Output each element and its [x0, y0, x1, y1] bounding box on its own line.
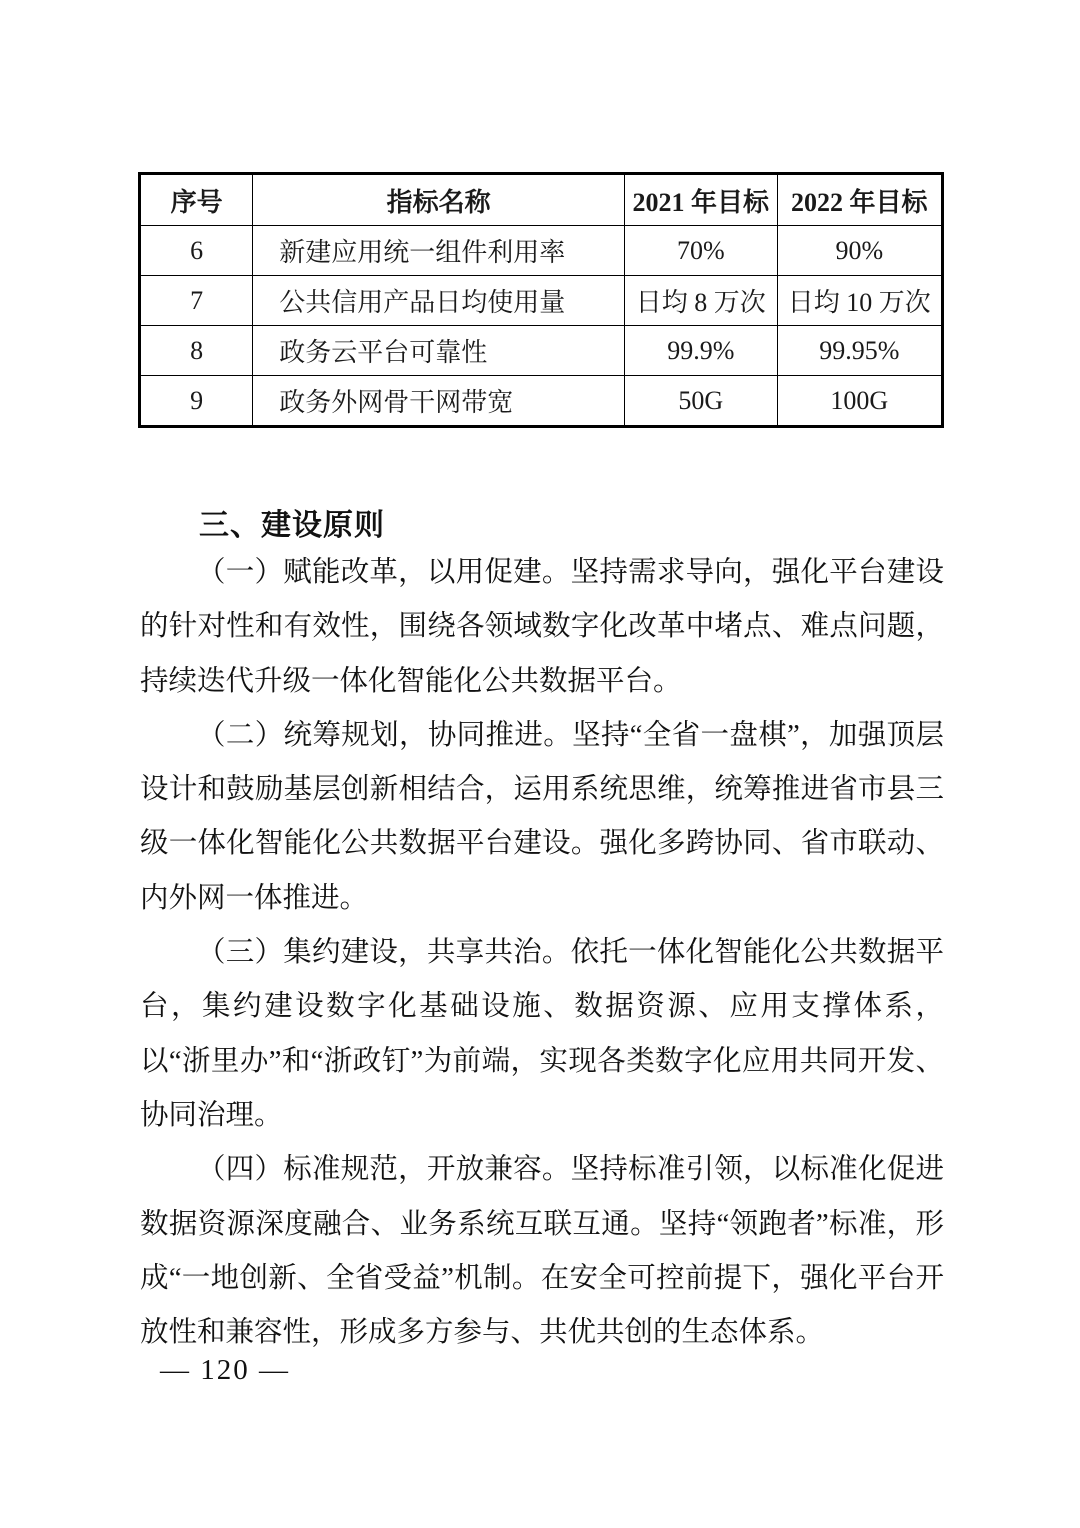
target-2021-value: 70%	[625, 226, 778, 276]
table-row: 8 政务云平台可靠性 99.9% 99.95%	[140, 326, 943, 376]
indicator-name: 新建应用统一组件利用率	[253, 226, 625, 276]
paragraph-4: （四）标准规范，开放兼容。坚持标准引领，以标准化促进数据资源深度融合、业务系统互…	[140, 1143, 944, 1360]
target-2022-value: 日均 10 万次	[777, 276, 942, 326]
column-header-2021-target: 2021 年目标	[625, 174, 778, 226]
paragraph-lead: （三）集约建设，共享共治。	[197, 937, 571, 968]
target-2022-value: 100G	[777, 376, 942, 427]
document-page: 序号 指标名称 2021 年目标 2022 年目标 6 新建应用统一组件利用率 …	[0, 0, 1080, 1528]
page-number: — 120 —	[160, 1354, 290, 1387]
target-2021-value: 99.9%	[625, 326, 778, 376]
paragraph-2: （二）统筹规划，协同推进。坚持“全省一盘棋”，加强顶层设计和鼓励基层创新相结合，…	[140, 709, 944, 926]
column-header-2022-target: 2022 年目标	[777, 174, 942, 226]
indicator-name: 公共信用产品日均使用量	[253, 276, 625, 326]
paragraph-1: （一）赋能改革，以用促建。坚持需求导向，强化平台建设的针对性和有效性，围绕各领域…	[140, 546, 944, 709]
paragraph-3: （三）集约建设，共享共治。依托一体化智能化公共数据平台，集约建设数字化基础设施、…	[140, 926, 944, 1143]
paragraph-lead: （一）赋能改革，以用促建。	[197, 557, 571, 588]
indicator-name: 政务外网骨干网带宽	[253, 376, 625, 427]
row-index: 8	[140, 326, 253, 376]
target-2022-value: 90%	[777, 226, 942, 276]
paragraph-lead: （四）标准规范，开放兼容。	[197, 1154, 571, 1185]
target-2022-value: 99.95%	[777, 326, 942, 376]
table-row: 6 新建应用统一组件利用率 70% 90%	[140, 226, 943, 276]
table-header-row: 序号 指标名称 2021 年目标 2022 年目标	[140, 174, 943, 226]
table-row: 7 公共信用产品日均使用量 日均 8 万次 日均 10 万次	[140, 276, 943, 326]
row-index: 6	[140, 226, 253, 276]
row-index: 7	[140, 276, 253, 326]
section-heading: 三、建设原则	[199, 500, 385, 544]
table-row: 9 政务外网骨干网带宽 50G 100G	[140, 376, 943, 427]
indicator-name: 政务云平台可靠性	[253, 326, 625, 376]
target-2021-value: 50G	[625, 376, 778, 427]
column-header-index: 序号	[140, 174, 253, 226]
indicator-table: 序号 指标名称 2021 年目标 2022 年目标 6 新建应用统一组件利用率 …	[138, 172, 944, 428]
row-index: 9	[140, 376, 253, 427]
paragraph-lead: （二）统筹规划，协同推进。	[197, 720, 572, 751]
target-2021-value: 日均 8 万次	[625, 276, 778, 326]
column-header-indicator-name: 指标名称	[253, 174, 625, 226]
body-text: （一）赋能改革，以用促建。坚持需求导向，强化平台建设的针对性和有效性，围绕各领域…	[140, 546, 944, 1360]
